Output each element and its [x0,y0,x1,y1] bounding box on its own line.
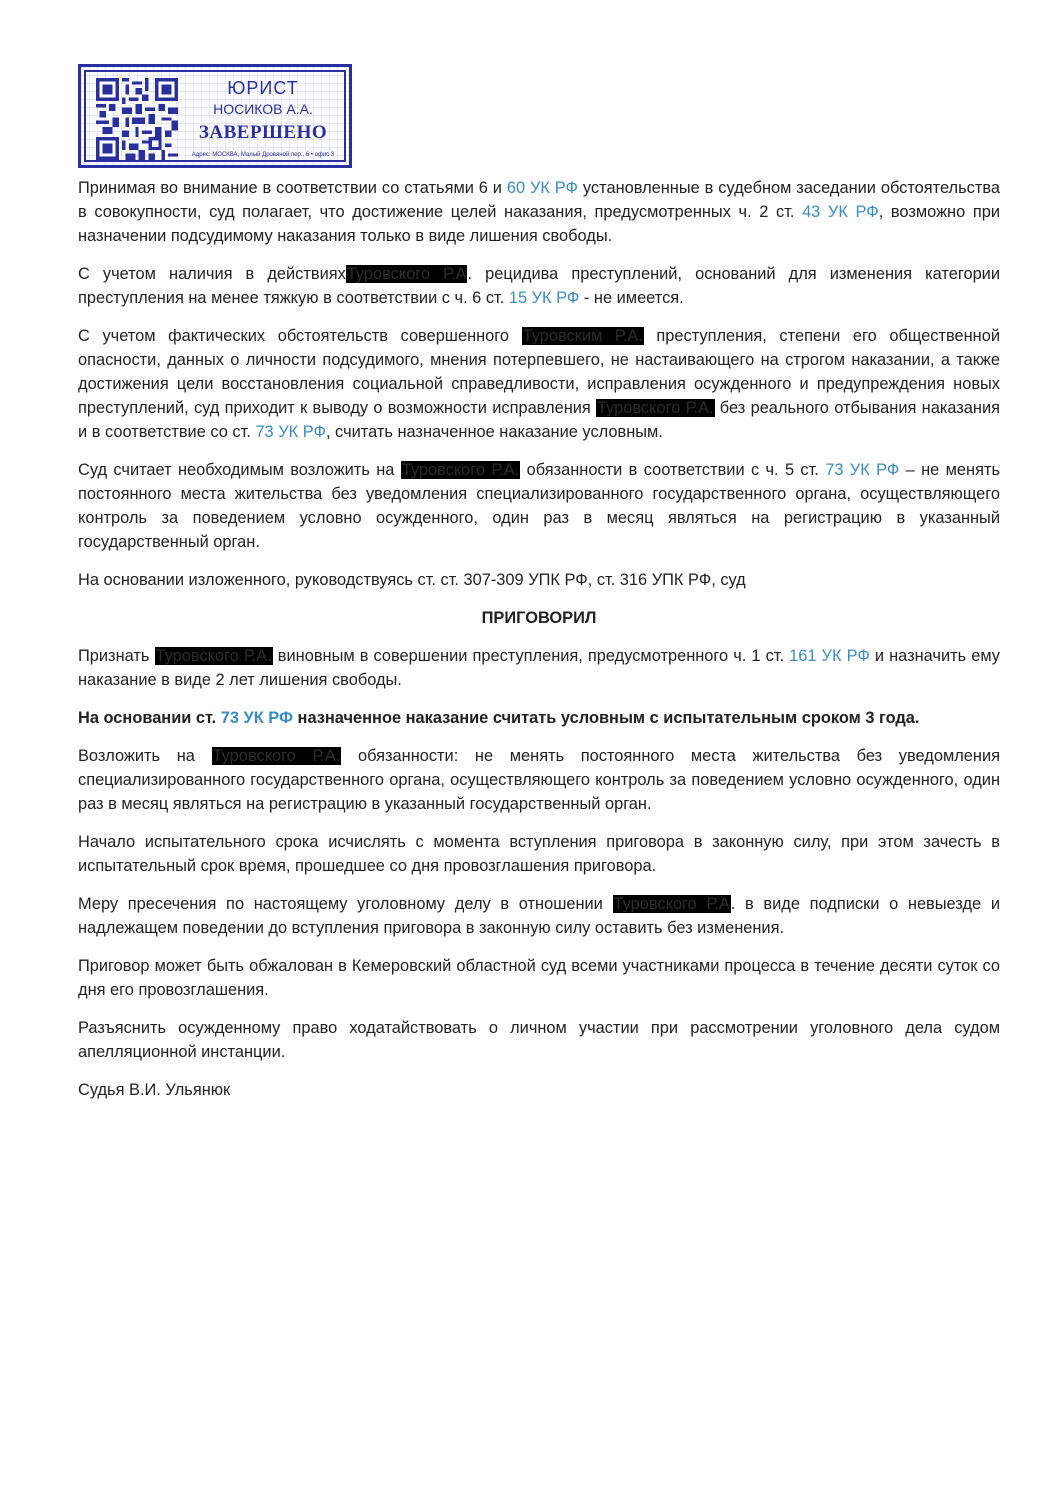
text: Принимая во внимание в соответствии со с… [78,179,507,197]
lawyer-stamp: ЮРИСТ НОСИКОВ А.А. ЗАВЕРШЕНО Адрес: МОСК… [78,64,352,168]
paragraph-5: На основании изложенного, руководствуясь… [78,568,1000,592]
text: Начало испытательного срока исчислять с … [78,833,1000,875]
law-link-15-uk-rf[interactable]: 15 УК РФ [509,289,580,307]
text: Разъяснить осужденному право ходатайство… [78,1019,1000,1061]
text: Возложить на [78,747,212,765]
paragraph-2: С учетом наличия в действияхТуровского Р… [78,262,1000,310]
paragraph-11: Приговор может быть обжалован в Кемеровс… [78,954,1000,1002]
redacted-name: Туровского Р.А. [155,647,273,665]
stamp-address: Адрес: МОСКВА, Малый Дровяной пер., 6 • … [186,152,340,158]
law-link-73-uk-rf[interactable]: 73 УК РФ [221,709,293,727]
redacted-name: Туровского Р.А. [596,399,714,417]
stamp-lawyer-name: НОСИКОВ А.А. [186,101,340,117]
text: Приговор может быть обжалован в Кемеровс… [78,957,1000,999]
paragraph-3: С учетом фактических обстоятельств совер… [78,324,1000,444]
text: На основании ст. [78,709,221,727]
paragraph-1: Принимая во внимание в соответствии со с… [78,176,1000,248]
paragraph-10: Меру пресечения по настоящему уголовному… [78,892,1000,940]
text: Меру пресечения по настоящему уголовному… [78,895,613,913]
text: С учетом наличия в действиях [78,265,346,283]
paragraph-8: Возложить на Туровского Р.А. обязанности… [78,744,1000,816]
law-link-161-uk-rf[interactable]: 161 УК РФ [789,647,870,665]
document-body: Принимая во внимание в соответствии со с… [78,176,1000,1116]
paragraph-6: Признать Туровского Р.А. виновным в сове… [78,644,1000,692]
text: Суд считает необходимым возложить на [78,461,401,479]
redacted-name: Туровским Р.А. [522,327,644,345]
law-link-73-uk-rf[interactable]: 73 УК РФ [255,423,326,441]
text: виновным в совершении преступления, пред… [273,647,789,665]
paragraph-12: Разъяснить осужденному право ходатайство… [78,1016,1000,1064]
text: На основании изложенного, руководствуясь… [78,571,746,589]
paragraph-9: Начало испытательного срока исчислять с … [78,830,1000,878]
text: назначенное наказание считать условным с… [293,709,920,727]
text: - не имеется. [579,289,683,307]
text: , считать назначенное наказание условным… [326,423,663,441]
verdict-heading: ПРИГОВОРИЛ [78,606,1000,630]
law-link-60-uk-rf[interactable]: 60 УК РФ [507,179,578,197]
stamp-title: ЮРИСТ [186,78,340,99]
stamp-inner-border: ЮРИСТ НОСИКОВ А.А. ЗАВЕРШЕНО Адрес: МОСК… [84,70,346,162]
redacted-name: Туровского Р.А. [401,461,520,479]
law-link-73-uk-rf[interactable]: 73 УК РФ [825,461,899,479]
text: Признать [78,647,155,665]
redacted-name: Туровского Р.А [613,895,731,913]
law-link-43-uk-rf[interactable]: 43 УК РФ [802,203,879,221]
text: С учетом фактических обстоятельств совер… [78,327,522,345]
judge-signature: Судья В.И. Ульянюк [78,1078,1000,1102]
redacted-name: Туровского Р.А. [212,747,342,765]
qr-code-icon [96,78,178,160]
paragraph-4: Суд считает необходимым возложить на Тур… [78,458,1000,554]
redacted-name: Туровского Р.А [346,265,468,283]
text: обязанности в соответствии с ч. 5 ст. [520,461,825,479]
paragraph-7: На основании ст. 73 УК РФ назначенное на… [78,706,1000,730]
stamp-status: ЗАВЕРШЕНО [186,122,340,144]
